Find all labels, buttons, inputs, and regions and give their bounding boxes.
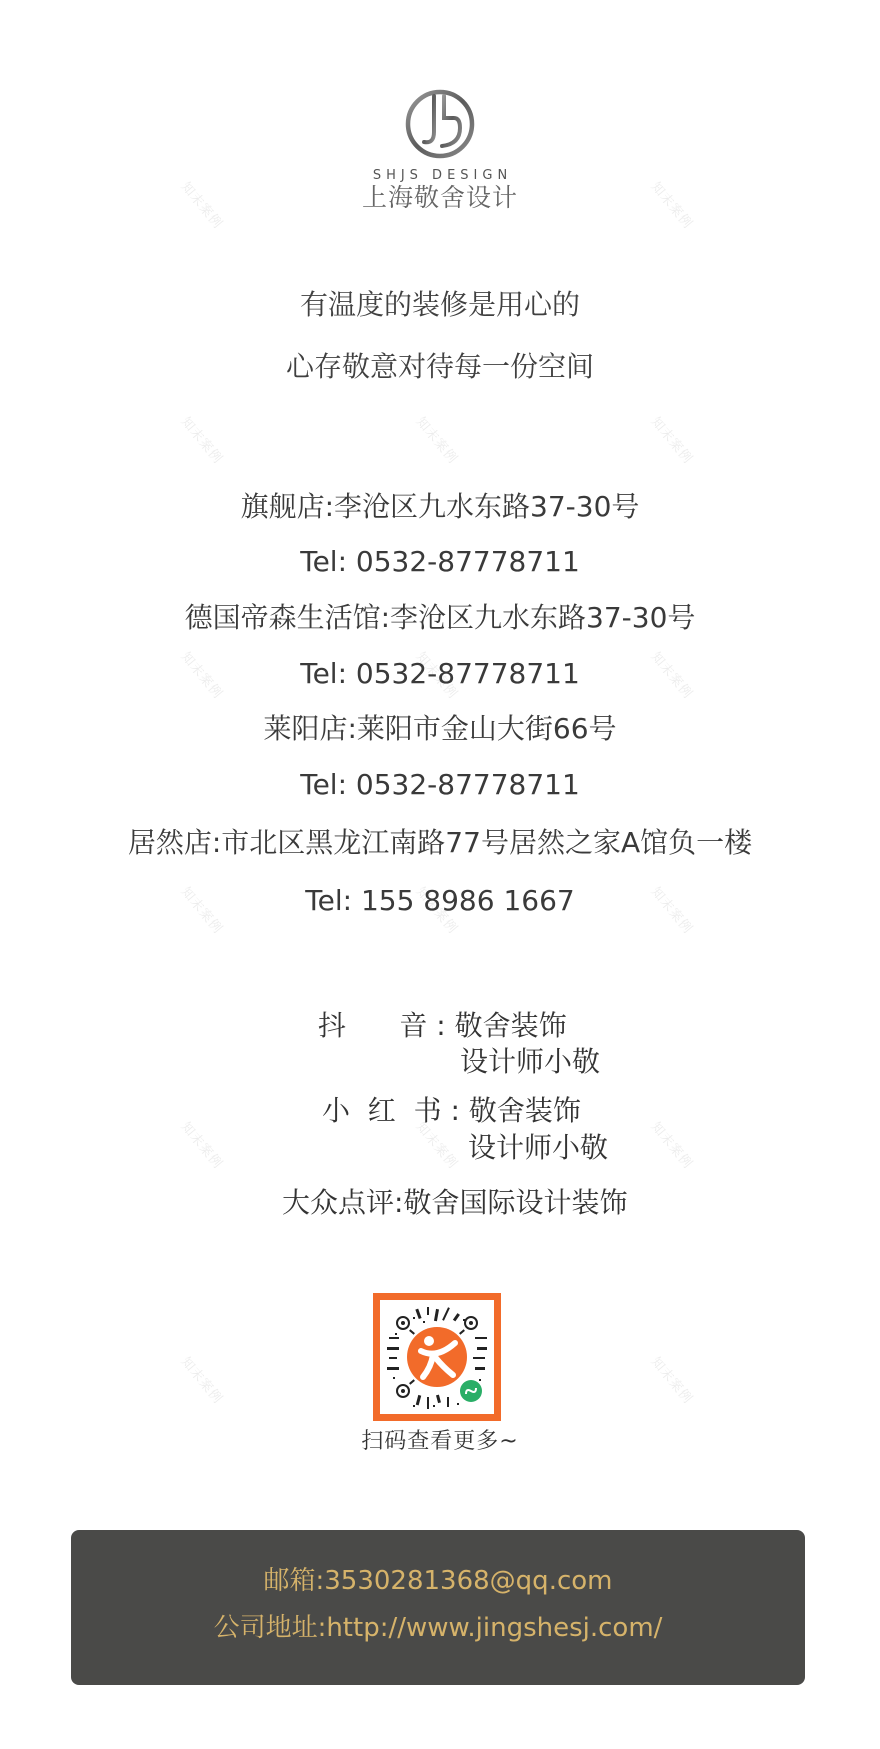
social-account: 设计师小敬 <box>460 1045 600 1078</box>
brand-name-en: SHJS DESIGN <box>0 168 880 183</box>
contact-footer: 邮箱:3530281368@qq.com 公司地址:http://www.jin… <box>71 1530 805 1685</box>
slogan-line-1: 有温度的装修是用心的 <box>0 288 880 322</box>
store-phone: Tel: 155 8986 1667 <box>0 884 880 918</box>
contact-email[interactable]: 邮箱:3530281368@qq.com <box>71 1565 805 1597</box>
store-address: 旗舰店:李沧区九水东路37-30号 <box>0 490 880 524</box>
watermark: 知末案例 <box>178 1352 229 1407</box>
social-douyin: 抖 音 : 敬舍装饰 <box>318 1008 567 1044</box>
company-website[interactable]: 公司地址:http://www.jingshesj.com/ <box>71 1612 805 1644</box>
social-douyin-second: 设计师小敬 <box>460 1044 600 1080</box>
qr-code-icon <box>373 1293 501 1421</box>
social-dianping: 大众点评:敬舍国际设计装饰 <box>282 1185 627 1221</box>
social-account: 设计师小敬 <box>468 1131 608 1164</box>
social-xiaohongshu: 小 红 书 : 敬舍装饰 <box>322 1093 581 1129</box>
social-label: 小 红 书 : <box>322 1093 460 1129</box>
social-xiaohongshu-second: 设计师小敬 <box>468 1130 608 1166</box>
brand-logo: SHJS DESIGN 上海敬舍设计 <box>0 88 880 213</box>
store-phone: Tel: 0532-87778711 <box>0 545 880 579</box>
social-label: 抖 音 : <box>318 1008 446 1044</box>
watermark: 知末案例 <box>648 412 699 467</box>
js-monogram-icon <box>404 88 476 160</box>
qr-caption: 扫码查看更多~ <box>0 1424 880 1455</box>
watermark: 知末案例 <box>178 1117 229 1172</box>
watermark: 知末案例 <box>648 1117 699 1172</box>
mini-program-qr-code[interactable] <box>373 1293 501 1421</box>
store-phone: Tel: 0532-87778711 <box>0 657 880 691</box>
slogan-line-2: 心存敬意对待每一份空间 <box>0 350 880 384</box>
store-address: 居然店:市北区黑龙江南路77号居然之家A馆负一楼 <box>0 826 880 860</box>
social-account: 敬舍国际设计装饰 <box>403 1186 627 1219</box>
watermark: 知末案例 <box>413 412 464 467</box>
store-phone: Tel: 0532-87778711 <box>0 768 880 802</box>
store-address: 莱阳店:莱阳市金山大街66号 <box>0 712 880 746</box>
store-address: 德国帝森生活馆:李沧区九水东路37-30号 <box>0 601 880 635</box>
social-account: 敬舍装饰 <box>455 1009 567 1042</box>
brand-name-cn: 上海敬舍设计 <box>0 183 880 213</box>
social-account: 敬舍装饰 <box>469 1094 581 1127</box>
watermark: 知末案例 <box>648 1352 699 1407</box>
watermark: 知末案例 <box>178 412 229 467</box>
social-label: 大众点评: <box>282 1185 403 1221</box>
